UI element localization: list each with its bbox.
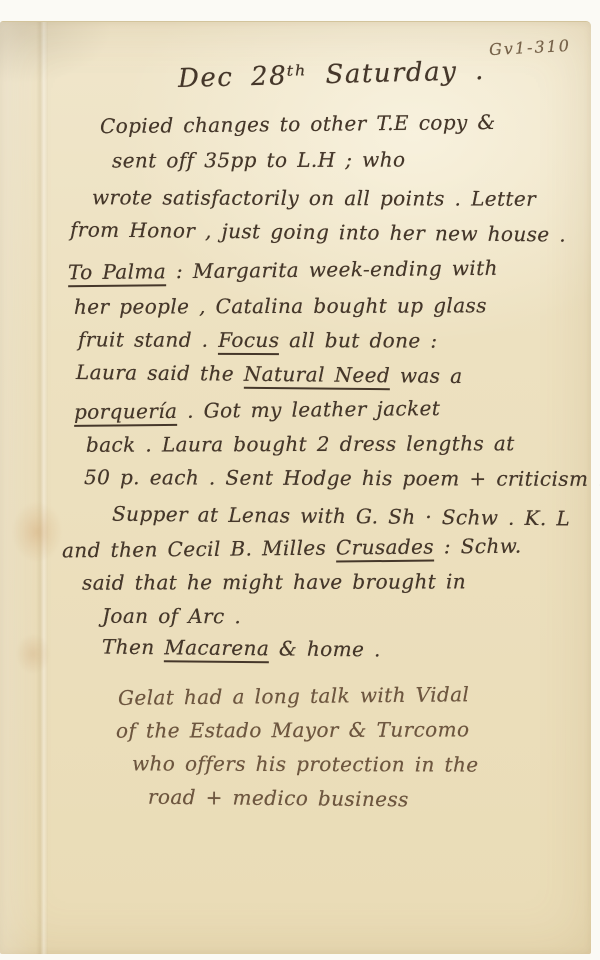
text-segment: Copied changes to other T.E copy & bbox=[100, 110, 496, 138]
handwritten-line: her people , Catalina bought up glass bbox=[74, 295, 487, 316]
underlined-phrase: Natural Need bbox=[244, 362, 391, 391]
handwritten-line: Then Macarena & home . bbox=[102, 637, 381, 660]
handwritten-line: To Palma : Margarita week-ending with bbox=[68, 258, 498, 283]
underlined-phrase: porquería bbox=[74, 399, 178, 427]
text-segment: Gelat had a long talk with Vidal bbox=[118, 682, 470, 710]
text-segment: : Margarita week-ending with bbox=[166, 256, 498, 283]
handwritten-line: road + medico business bbox=[148, 787, 409, 810]
text-segment: road + medico business bbox=[148, 785, 409, 812]
handwritten-line: Supper at Lenas with G. Sh · Schw . K. L bbox=[112, 504, 570, 529]
handwritten-line: from Honor , just going into her new hou… bbox=[70, 219, 566, 244]
text-segment: all but done : bbox=[279, 328, 437, 353]
text-segment: who offers his protection in the bbox=[132, 751, 479, 776]
diary-lines: Copied changes to other T.E copy &sent o… bbox=[0, 22, 591, 954]
handwritten-line: fruit stand . Focus all but done : bbox=[78, 329, 438, 350]
text-segment: from Honor , just going into her new hou… bbox=[70, 217, 566, 246]
handwritten-line: said that he might have brought in bbox=[82, 571, 466, 592]
handwritten-line: back . Laura bought 2 dress lengths at bbox=[86, 433, 515, 454]
text-segment: & home . bbox=[269, 636, 381, 661]
text-segment: sent off 35pp to L.H ; who bbox=[112, 147, 405, 172]
underlined-phrase: Crusades bbox=[336, 535, 434, 563]
text-segment: of the Estado Mayor & Turcomo bbox=[116, 717, 469, 742]
handwritten-line: Copied changes to other T.E copy & bbox=[100, 112, 496, 136]
handwritten-line: and then Cecil B. Milles Crusades : Schw… bbox=[62, 536, 522, 561]
text-segment: and then Cecil B. Milles bbox=[62, 536, 336, 563]
text-segment: said that he might have brought in bbox=[82, 569, 466, 594]
handwritten-line: of the Estado Mayor & Turcomo bbox=[116, 719, 469, 740]
text-segment: Supper at Lenas with G. Sh · Schw . K. L bbox=[112, 502, 570, 531]
text-segment: her people , Catalina bought up glass bbox=[74, 293, 487, 318]
handwritten-line: who offers his protection in the bbox=[132, 753, 479, 774]
text-segment: Joan of Arc . bbox=[102, 604, 241, 628]
text-segment: wrote satisfactorily on all points . Let… bbox=[92, 185, 536, 211]
handwritten-line: Laura said the Natural Need was a bbox=[76, 362, 463, 386]
handwritten-line: porquería . Got my leather jacket bbox=[74, 398, 440, 422]
handwritten-line: Gelat had a long talk with Vidal bbox=[118, 684, 469, 708]
text-segment: back . Laura bought 2 dress lengths at bbox=[86, 431, 515, 456]
text-segment: Then bbox=[102, 635, 165, 660]
text-segment: : Schw. bbox=[434, 534, 522, 559]
underlined-phrase: To Palma bbox=[68, 259, 166, 287]
underlined-phrase: Macarena bbox=[164, 635, 269, 663]
text-segment: was a bbox=[390, 363, 463, 388]
text-segment: 50 p. each . Sent Hodge his poem + criti… bbox=[84, 465, 600, 491]
manuscript-page: Gv1-310 Dec 28ᵗʰ Saturday . Copied chang… bbox=[0, 21, 591, 954]
text-segment: fruit stand . bbox=[78, 327, 218, 351]
handwritten-line: Joan of Arc . bbox=[102, 606, 241, 626]
handwritten-line: wrote satisfactorily on all points . Let… bbox=[92, 187, 536, 209]
text-segment: Laura said the bbox=[76, 360, 244, 386]
handwritten-line: 50 p. each . Sent Hodge his poem + criti… bbox=[84, 467, 600, 489]
text-segment: . Got my leather jacket bbox=[177, 396, 440, 423]
handwritten-line: sent off 35pp to L.H ; who bbox=[112, 149, 405, 170]
underlined-phrase: Focus bbox=[218, 328, 279, 355]
